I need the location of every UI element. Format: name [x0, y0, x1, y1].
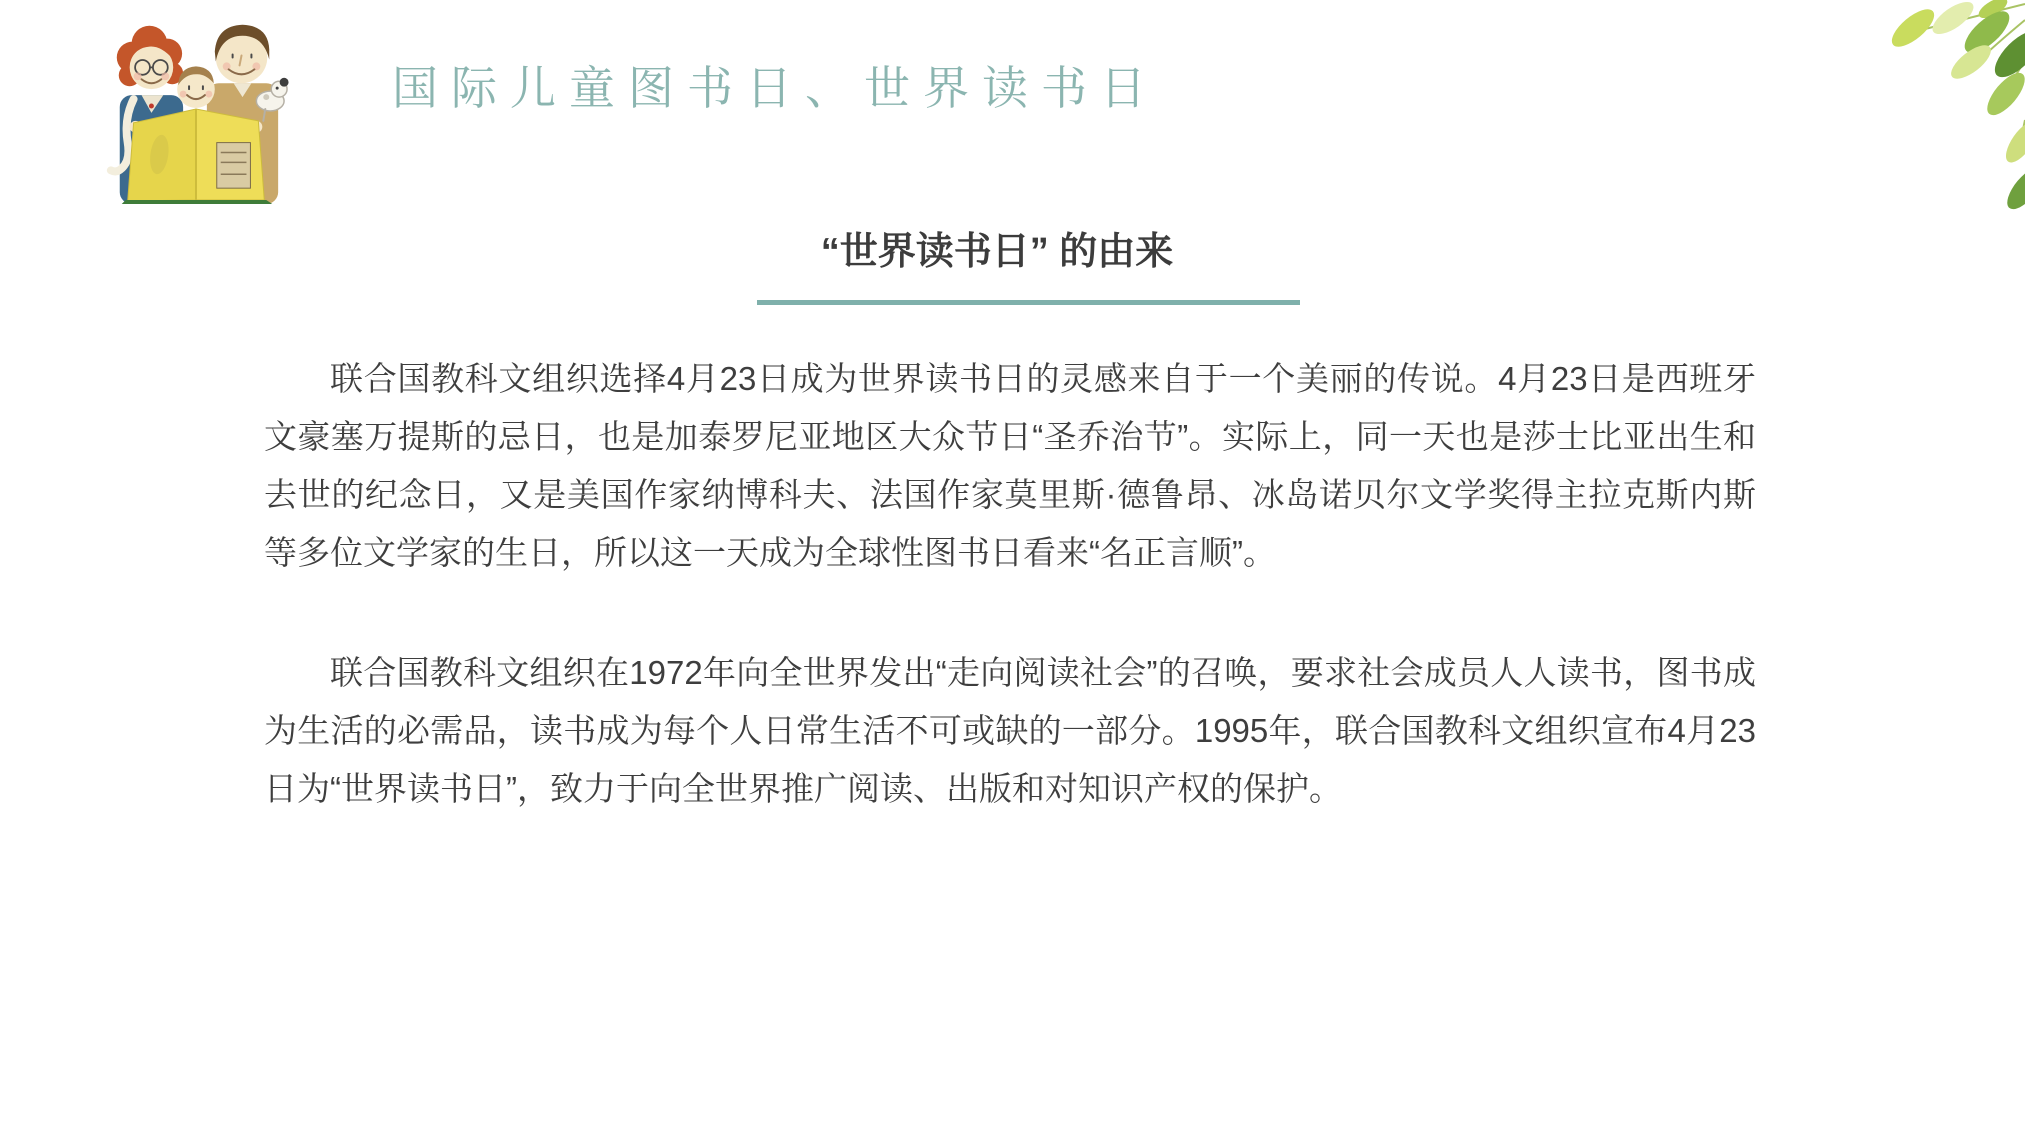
green-leaves-decoration	[1875, 0, 2025, 280]
section-heading: “世界读书日” 的由来	[821, 230, 1174, 274]
slide-canvas: 国际儿童图书日、世界读书日 “世界读书日” 的由来 联合国教科文组织选择4月23…	[0, 0, 2025, 1139]
body-paragraph-1: 联合国教科文组织选择4月23日成为世界读书日的灵感来自于一个美丽的传说。4月23…	[264, 350, 1756, 582]
family-reading-illustration	[98, 6, 290, 204]
heading-underline-divider	[757, 300, 1300, 305]
leaves-icon	[1875, 0, 2025, 280]
body-text-block: 联合国教科文组织选择4月23日成为世界读书日的灵感来自于一个美丽的传说。4月23…	[264, 350, 1756, 818]
page-title: 国际儿童图书日、世界读书日	[392, 62, 1159, 114]
body-paragraph-2: 联合国教科文组织在1972年向全世界发出“走向阅读社会”的召唤，要求社会成员人人…	[264, 644, 1756, 818]
open-book-icon	[128, 109, 265, 201]
family-reading-illustration-icon	[98, 6, 290, 204]
